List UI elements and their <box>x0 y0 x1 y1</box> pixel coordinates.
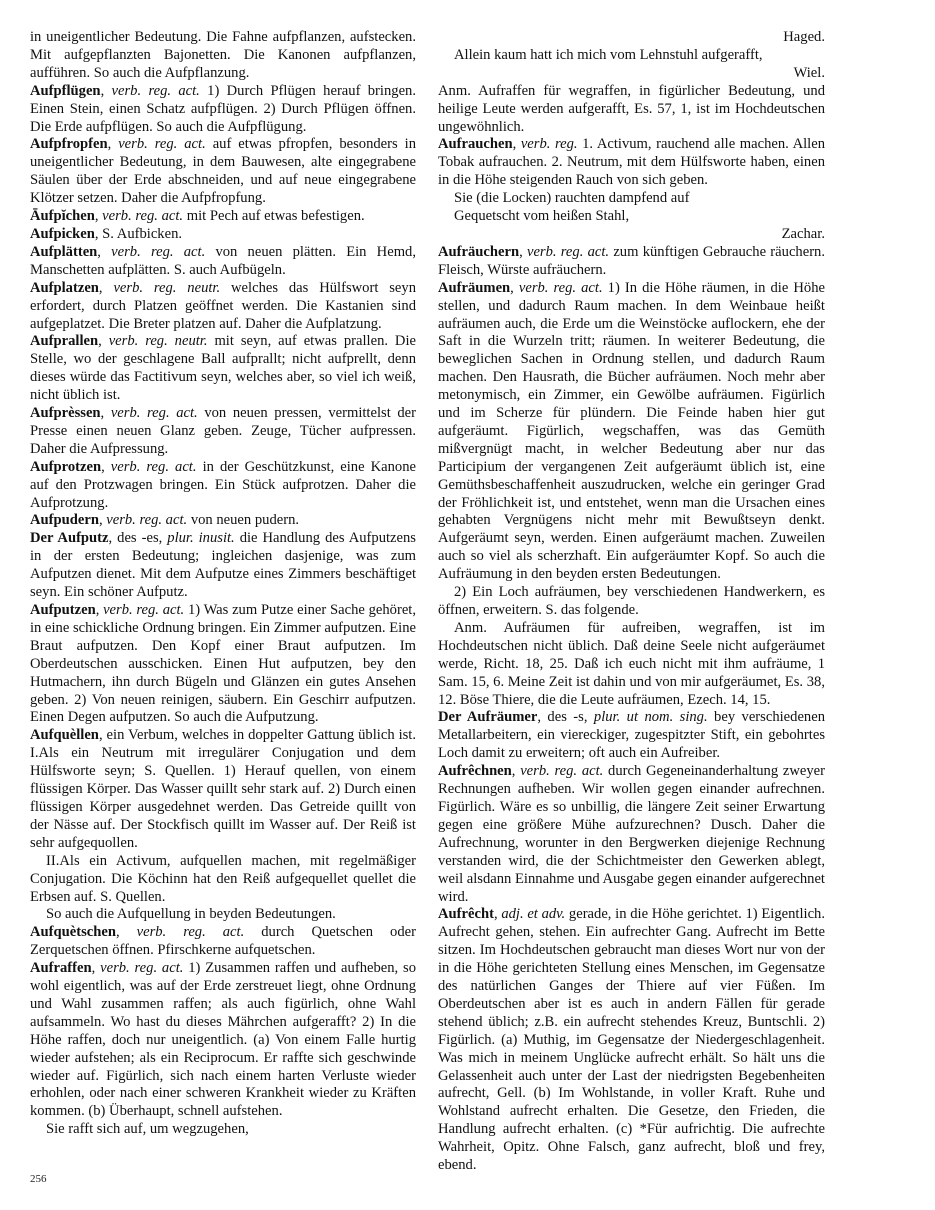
entry-headword: Aufraffen <box>30 960 92 976</box>
quote-source: Wiel. <box>438 65 825 83</box>
dictionary-entry: Aufprotzen, verb. reg. act. in der Gesch… <box>30 459 416 513</box>
entry-definition: durch Gegeneinanderhaltung zweyer Rechnu… <box>438 763 825 904</box>
entry-grammar: verb. reg. act. <box>137 924 245 940</box>
entry-headword: Aufprèssen <box>30 405 101 421</box>
dictionary-entry: Aufraffen, verb. reg. act. 1) Zusammen r… <box>30 960 416 1121</box>
verse-quote: Allein kaum hatt ich mich vom Lehnstuhl … <box>454 47 825 65</box>
entry-headword: Aufquètschen <box>30 924 116 940</box>
entry-grammar: verb. reg. act. <box>111 244 205 260</box>
entry-genitive: des -s, <box>547 709 587 725</box>
entry-headword: Der Aufräumer <box>438 709 537 725</box>
entry-grammar: verb. reg. act. <box>527 244 609 260</box>
dictionary-entry: Aufräumen, verb. reg. act. 1) In die Höh… <box>438 280 825 584</box>
entry-grammar: verb. reg. act. <box>111 459 197 475</box>
dictionary-entry: Aufrêcht, adj. et adv. gerade, in die Hö… <box>438 906 825 1175</box>
entry-headword: Aufräumen <box>438 280 510 296</box>
entry-definition: 1) Was zum Putze einer Sache gehöret, in… <box>30 602 416 725</box>
entry-headword: Aufpfropfen <box>30 136 108 152</box>
entry-grammar: verb. reg. act. <box>519 280 603 296</box>
entry-headword: Aufplatzen <box>30 280 99 296</box>
entry-headword: Aufquèllen <box>30 727 99 743</box>
entry-headword: Aufrauchen <box>438 136 513 152</box>
indented-paragraph: 2) Ein Loch aufräumen, bey verschiedenen… <box>438 584 825 620</box>
dictionary-entry: Aufprallen, verb. reg. neutr. mit seyn, … <box>30 333 416 405</box>
entry-headword: Aufprotzen <box>30 459 101 475</box>
entry-definition: von neuen pudern. <box>191 512 299 528</box>
page-number: 256 <box>30 1173 47 1185</box>
entry-definition: mit Pech auf etwas befestigen. <box>187 208 365 224</box>
dictionary-entry: Aufrauchen, verb. reg. 1. Activum, rauch… <box>438 136 825 190</box>
dictionary-entry: Aufpflügen, verb. reg. act. 1) Durch Pfl… <box>30 83 416 137</box>
dictionary-entry: Aufpudern, verb. reg. act. von neuen pud… <box>30 512 416 530</box>
entry-grammar: verb. reg. neutr. <box>109 333 208 349</box>
entry-grammar: verb. reg. act. <box>106 512 187 528</box>
entry-grammar: adj. et adv. <box>501 906 565 922</box>
entry-definition: 1) Zusammen raffen und aufheben, so wohl… <box>30 960 416 1119</box>
entry-grammar: verb. reg. act. <box>102 208 183 224</box>
left-column: in uneigentlicher Bedeutung. Die Fahne a… <box>30 29 416 1139</box>
dictionary-entry: Aufquètschen, verb. reg. act. durch Quet… <box>30 924 416 960</box>
entry-headword: Aufpudern <box>30 512 99 528</box>
entry-grammar: verb. reg. act. <box>118 136 206 152</box>
dictionary-entry: Aufplätten, verb. reg. act. von neuen pl… <box>30 244 416 280</box>
entry-grammar: plur. ut nom. sing. <box>594 709 708 725</box>
dictionary-entry: Aufprèssen, verb. reg. act. von neuen pr… <box>30 405 416 459</box>
entry-headword: Der Aufputz <box>30 530 109 546</box>
dictionary-entry: Der Aufputz, des -es, plur. inusit. die … <box>30 530 416 602</box>
continued-text: Anm. Aufraffen für wegraffen, in figürli… <box>438 83 825 137</box>
entry-grammar: verb. reg. act. <box>103 602 184 618</box>
entry-headword: Aufplätten <box>30 244 97 260</box>
verse-quote: Sie (die Locken) rauchten dampfend auf <box>454 190 825 208</box>
dictionary-entry: Aufpicken, S. Aufbicken. <box>30 226 416 244</box>
entry-grammar: plur. inusit. <box>167 530 234 546</box>
dictionary-entry: Der Aufräumer, des -s, plur. ut nom. sin… <box>438 709 825 763</box>
entry-headword: Aufräuchern <box>438 244 519 260</box>
entry-grammar: verb. reg. act. <box>111 405 198 421</box>
dictionary-entry: Aufquèllen, ein Verbum, welches in doppe… <box>30 727 416 852</box>
dictionary-entry: Āufpĭchen, verb. reg. act. mit Pech auf … <box>30 208 416 226</box>
continued-text: in uneigentlicher Bedeutung. Die Fahne a… <box>30 29 416 83</box>
verse-quote: Gequetscht vom heißen Stahl, <box>454 208 825 226</box>
entry-headword: Aufprallen <box>30 333 98 349</box>
entry-headword: Aufpflügen <box>30 83 101 99</box>
entry-grammar: verb. reg. <box>521 136 578 152</box>
indented-paragraph: II.Als ein Activum, aufquellen machen, m… <box>30 853 416 907</box>
quote-source: Haged. <box>438 29 825 47</box>
entry-grammar: verb. reg. neutr. <box>113 280 220 296</box>
dictionary-entry: Aufrêchnen, verb. reg. act. durch Gegene… <box>438 763 825 906</box>
dictionary-entry: Aufputzen, verb. reg. act. 1) Was zum Pu… <box>30 602 416 727</box>
entry-grammar: verb. reg. act. <box>100 960 183 976</box>
quote-source: Zachar. <box>438 226 825 244</box>
entry-headword: Aufpicken <box>30 226 95 242</box>
dictionary-entry: Aufräuchern, verb. reg. act. zum künftig… <box>438 244 825 280</box>
dictionary-entry: Aufplatzen, verb. reg. neutr. welches da… <box>30 280 416 334</box>
entry-headword: Aufrêchnen <box>438 763 512 779</box>
entry-headword: Āufpĭchen <box>30 208 95 224</box>
entry-headword: Aufputzen <box>30 602 96 618</box>
entry-grammar: verb. reg. act. <box>112 83 200 99</box>
indented-paragraph: Anm. Aufräumen für aufreiben, wegraffen,… <box>438 620 825 710</box>
entry-definition: S. Aufbicken. <box>102 226 182 242</box>
verse-quote: Sie rafft sich auf, um wegzugehen, <box>46 1121 416 1139</box>
entry-grammar: verb. reg. act. <box>520 763 603 779</box>
indented-paragraph: So auch die Aufquellung in beyden Bedeut… <box>30 906 416 924</box>
right-column: Haged.Allein kaum hatt ich mich vom Lehn… <box>438 29 825 1175</box>
dictionary-entry: Aufpfropfen, verb. reg. act. auf etwas p… <box>30 136 416 208</box>
entry-definition: ein Verbum, welches in doppelter Gattung… <box>30 727 416 850</box>
entry-definition: 1) In die Höhe räumen, in die Höhe stell… <box>438 280 825 583</box>
entry-headword: Aufrêcht <box>438 906 494 922</box>
entry-genitive: des -es, <box>117 530 162 546</box>
entry-definition: gerade, in die Höhe gerichtet. 1) Eigent… <box>438 906 825 1173</box>
